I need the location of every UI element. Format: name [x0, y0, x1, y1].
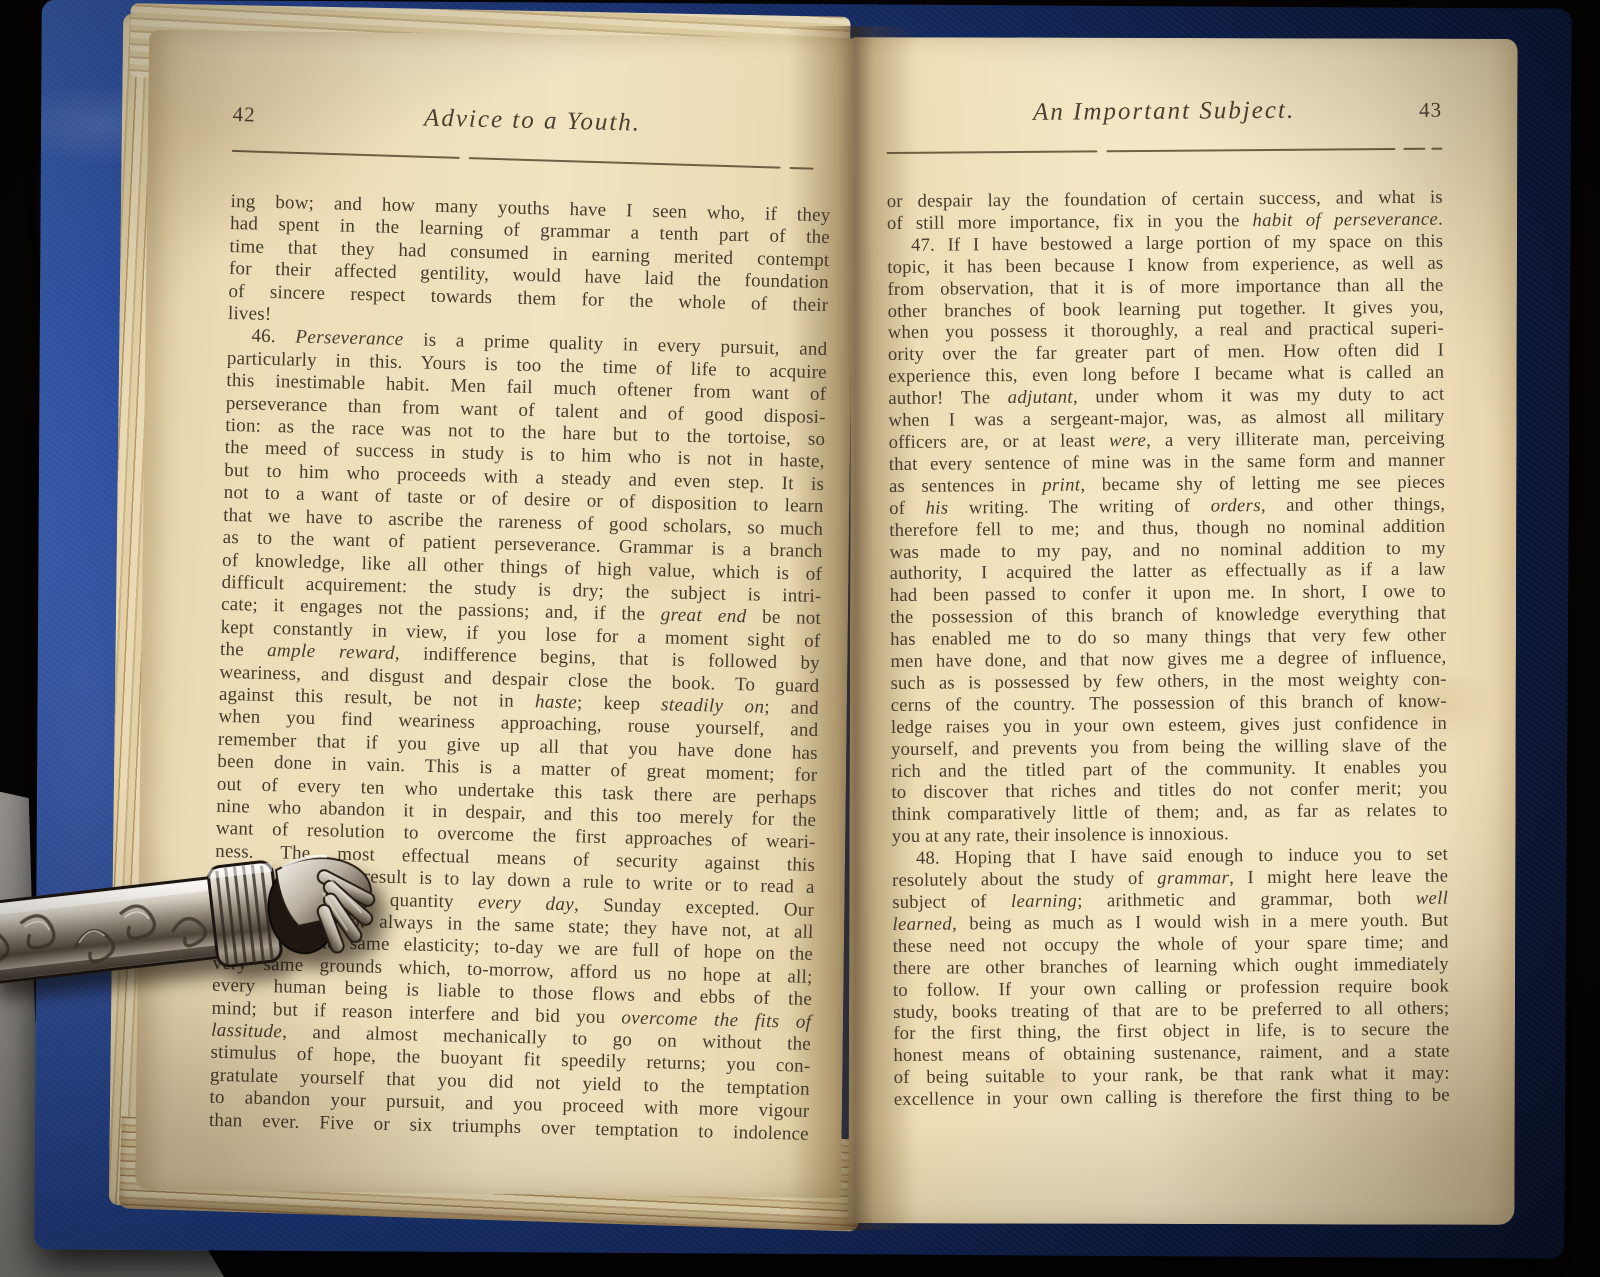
paragraph: ing bow; and how many youths have I seen…	[228, 191, 831, 340]
left-page-number: 42	[232, 102, 303, 129]
paragraph: 46. Perseverance is a prime quality in e…	[209, 325, 828, 1146]
right-running-title: An Important Subject.	[956, 96, 1372, 127]
right-page-text: An Important Subject. 43 or despair lay …	[886, 96, 1450, 1111]
right-page-header: An Important Subject. 43	[886, 96, 1442, 144]
clasp-band	[0, 877, 226, 986]
right-header-rule	[886, 148, 1442, 155]
header-spacer	[886, 120, 956, 121]
paragraph: or despair lay the foundation of certain…	[887, 187, 1443, 235]
right-page-number: 43	[1372, 98, 1442, 124]
paragraph: 47. If I have bestowed a large portion o…	[887, 230, 1448, 848]
header-spacer	[762, 133, 832, 135]
text-line: excellence in your own calling is theref…	[894, 1085, 1450, 1111]
right-page-body: or despair lay the foundation of certain…	[887, 187, 1450, 1111]
paragraph: 48. Hoping that I have said enough to in…	[892, 844, 1450, 1111]
photograph-scene: 42 Advice to a Youth. ing bow; and how m…	[0, 0, 1600, 1277]
